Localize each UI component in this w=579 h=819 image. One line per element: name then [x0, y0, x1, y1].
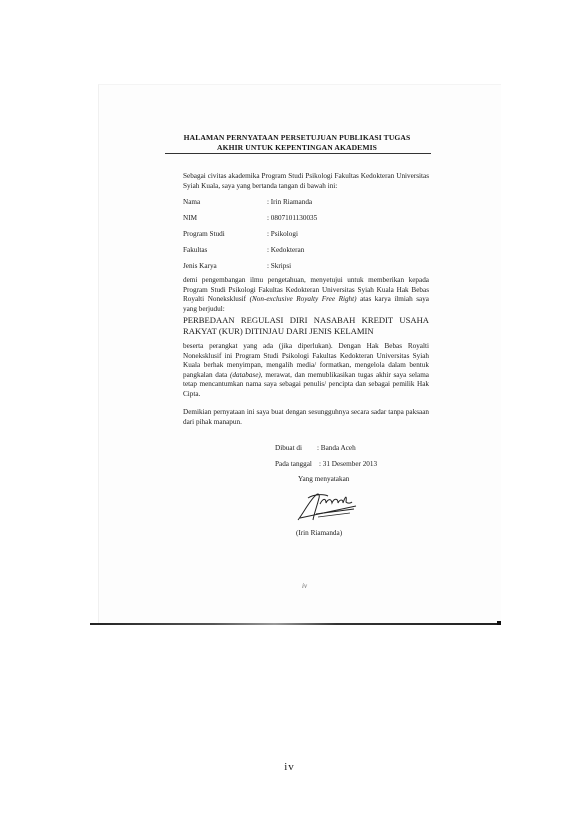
page-number: iv: [0, 761, 579, 773]
scanned-page-number: iv: [302, 582, 307, 590]
place-row: Dibuat di: Banda Aceh: [275, 444, 356, 453]
field-program-studi: Program Studi: Psikologi: [183, 230, 298, 239]
field-nim: NIM: 0807101130035: [183, 214, 317, 223]
field-value: : Kedokteran: [267, 246, 304, 254]
field-label: Program Studi: [183, 230, 267, 239]
rights-paragraph: beserta perangkat yang ada (jika diperlu…: [183, 342, 429, 400]
field-value: : 0807101130035: [267, 214, 317, 222]
scan-edge-shadow: [90, 623, 501, 625]
title-underline: [165, 153, 431, 154]
place-label: Dibuat di: [275, 444, 317, 453]
date-row: Pada tanggal: 31 Desember 2013: [275, 460, 377, 469]
date-value: : 31 Desember 2013: [319, 460, 377, 468]
signature-image: [290, 490, 360, 526]
agreement-italic-text: (Non-exclusive Royalty Free Right): [250, 295, 357, 303]
field-label: Nama: [183, 198, 267, 207]
intro-paragraph: Sebagai civitas akademika Program Studi …: [183, 172, 429, 191]
declarant-label: Yang menyatakan: [298, 475, 349, 484]
closing-paragraph: Demikian pernyataan ini saya buat dengan…: [183, 408, 429, 427]
signer-name: (Irin Riamanda): [296, 529, 342, 538]
field-label: Fakultas: [183, 246, 267, 255]
document-title: HALAMAN PERNYATAAN PERSETUJUAN PUBLIKASI…: [165, 133, 429, 153]
date-label: Pada tanggal: [275, 460, 319, 469]
field-value: : Irin Riamanda: [267, 198, 312, 206]
field-value: : Psikologi: [267, 230, 298, 238]
rights-italic-text: (database),: [230, 371, 263, 379]
field-label: Jenis Karya: [183, 262, 267, 271]
field-label: NIM: [183, 214, 267, 223]
place-value: : Banda Aceh: [317, 444, 356, 452]
title-line-1: HALAMAN PERNYATAAN PERSETUJUAN PUBLIKASI…: [165, 133, 429, 143]
agreement-paragraph: demi pengembangan ilmu pengetahuan, meny…: [183, 276, 429, 314]
title-line-2: AKHIR UNTUK KEPENTINGAN AKADEMIS: [165, 143, 429, 153]
field-fakultas: Fakultas: Kedokteran: [183, 246, 304, 255]
scan-corner-mark: [497, 621, 501, 625]
field-value: : Skripsi: [267, 262, 291, 270]
field-nama: Nama: Irin Riamanda: [183, 198, 312, 207]
field-jenis-karya: Jenis Karya: Skripsi: [183, 262, 291, 271]
thesis-title: PERBEDAAN REGULASI DIRI NASABAH KREDIT U…: [183, 315, 429, 336]
